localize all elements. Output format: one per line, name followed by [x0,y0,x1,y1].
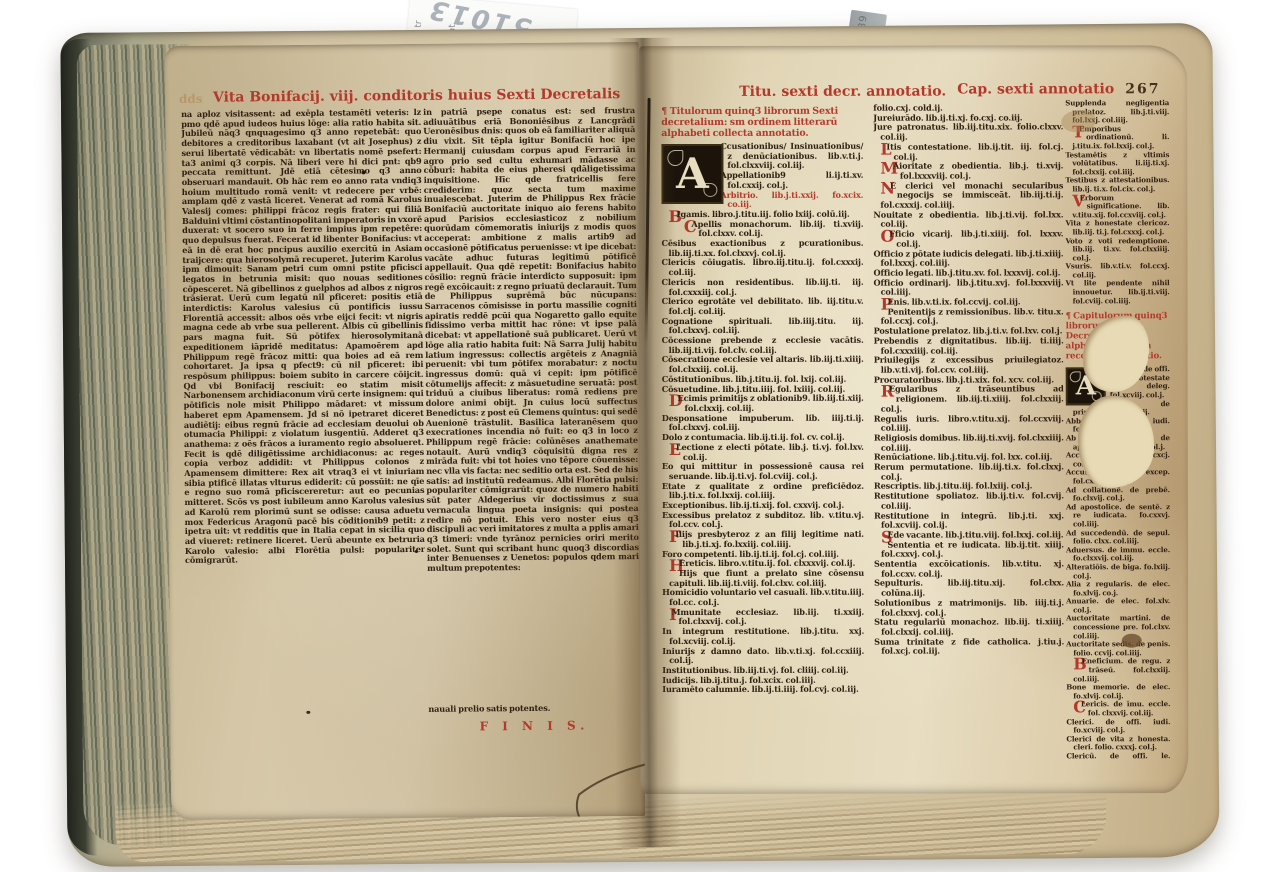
entry-text: Egularibus z trāseuntibus ad religionem.… [881,384,1064,414]
entry-text: Appellationib9 li.ij.ti.xv. fol.cxxij. c… [720,170,863,190]
index-entry: Ad collationē. de prebē. fo.clxvij. col.… [1066,486,1170,503]
entry-text: Aduersus. de immu. eccle. fo.clxxvij. co… [1066,545,1170,563]
index-entry: Jure patronatus. lib.iij.titu.xix. folio… [873,123,1063,143]
entry-text: Aioritate z obedientia. lib.j. ti.xvij. … [893,161,1063,181]
left-column-1: na aploz visitassent: ad exēpla testamēt… [181,108,427,762]
index-entry: Ad succedendū. de sepul. folio. clxx. co… [1066,529,1170,546]
entry-text: Alia z regularis. de elec. fo.xlvij. co.… [1066,579,1170,597]
index-entry: Testibus z attestationibus. lib.ij. ti.x… [1065,177,1169,194]
left-column-2-last-line: nauali prelio satis potentes. [428,703,640,716]
entry-text: Testamētis z vltimis volūtatibus. li.iij… [1065,150,1169,176]
paper-stain [1061,110,1095,132]
entry-text: Arbitrio. lib.j.ti.xxij. fo.xcix. co.iij… [720,189,863,209]
entry-text: Ad succedendū. de sepul. folio. clxx. co… [1066,528,1170,546]
ink-speck [415,550,418,553]
index-entry: Vt lite pendente nihil innouetur. lib.ij… [1066,280,1170,306]
entry-text: In integrum restitutione. lib.j.titu. xx… [662,626,864,646]
entry-text: Fficio vicarij. lib.j.ti.xiiij. fol. lxx… [889,228,1063,248]
entry-text: Auctoritate sedis. de penis. folio. ccvi… [1066,639,1170,657]
index-entry: Sententia et re iudicata. lib.ij.tit. xi… [874,540,1064,560]
entry-text: Penitentijs z remissionibus. lib.v. titu… [881,306,1064,326]
entry-text: Auctoritate martini. de concessione pre.… [1066,614,1170,640]
index-entry: Cōcessione prebende z ecclesie vacātis. … [662,336,864,356]
index-entry: CLericis. de īmu. eccle. fol. clxxvij. c… [1066,701,1170,718]
index-entry: Clericū. de offi. le. fo.lxxxvij. col.ii… [1066,752,1170,759]
index-entry: Aduersus. de immu. eccle. fo.clxxvij. co… [1066,546,1170,563]
entry-text: Clericis non residentibus. lib.iij.ti. i… [662,277,864,297]
index-entry: DEcimis primitijs z oblationib9. lib.iij… [662,394,864,414]
index-entry: Anuarie. de elec. fol.xlv. col.j. [1066,597,1170,614]
index-entry: NE clerici vel monachi secularibus negoc… [873,181,1063,210]
entry-text: Nouitate z obedientia. lib.j.ti.vij. fol… [873,209,1063,229]
index-entry: Clerici. de offi. iudi. fo.xcviij. col.j… [1066,718,1170,735]
index-entry: FIlijs presbyteroz z an filij legitime n… [662,530,864,550]
index-entry-list-b: folio.cxj. cold.ij. Jureiurādo. lib.ij.t… [873,103,1064,656]
entry-text: Cognatione spirituali. lib.iiij.titu. ii… [662,315,864,335]
index-entry: Cōsecratione ecclesie vel altaris. lib.i… [662,355,864,375]
entry-text: Ad apostolice. de sentē. z re iudicata. … [1066,502,1170,528]
index-entry: BEneficium. de regu. z trāseū. fol.clxxi… [1066,658,1170,684]
entry-text: Anuarie. de elec. fol.xlv. col.j. [1066,596,1170,614]
entry-text: Itis contestatione. lib.ij.tit. iij. fol… [886,141,1063,161]
entry-text: Ccusationibus/ Insinuationibus/ z denūci… [720,141,863,171]
index-entry: VErborum significatione. lib. v.titu.xij… [1065,194,1169,220]
index-entry: Clerico egrotāte vel debilitato. lib. ii… [662,297,864,317]
index-entry: Desponsatione impuberum. lib. iiij.ti.ij… [662,413,864,433]
entry-text: Excessibus prelatoz z subditoz. lib. v.t… [662,509,864,529]
entry-text: Institutionibus. lib.iij.ti.vj. fol. cli… [662,665,848,675]
entry-text: Religiosis domibus. lib.iij.ti.xvij. fol… [874,432,1064,452]
entry-text: Lectione z electi pōtate. lib.j. ti.vj. … [676,441,864,461]
tituli-intro-rubric: ¶ Titulorum quinq3 librorum Sexti decret… [661,106,863,139]
index-entry: Alteratiōis. de biga. fo.lxiij. col.j. [1066,563,1170,580]
index-entry: Cognatione spirituali. lib.iiij.titu. ii… [662,316,864,336]
entry-text: Sepulturis. lib.iij.titu.xij. fol.clxx. … [874,578,1064,598]
entry-text: Restitutione spoliatoz. lib.ij.ti.v. fol… [874,490,1064,510]
entry-text: Ecimis primitijs z oblationib9. lib.iij.… [677,393,863,413]
entry-text: Iniurijs z damno dato. lib.v.ti.xj. fol.… [662,645,864,665]
index-entry: Suma trinitate z fide catholica. j.tiu.j… [874,637,1064,657]
index-entry-list-a: Ccusationibus/ Insinuationibus/ z denūci… [661,142,864,695]
index-entry: REgularibus z trāseuntibus ad religionem… [874,385,1064,414]
index-entry: Sepulturis. lib.iij.titu.xij. fol.clxx. … [874,579,1064,599]
entry-text: Eneficium. de regu. z trāseū. fol.clxxii… [1073,657,1170,683]
index-entry: Vita z honestate clericoz. lib.iij. ti.j… [1065,219,1169,236]
index-entry: Iuramēto calumnie. lib.ij.ti.iiij. fol.c… [662,685,864,695]
left-column-2: in patriā psepe conatus est: sed frustra… [423,106,640,734]
entry-text: Mmunitate ecclesiaz. lib.iij. ti.xxiij. … [671,606,864,626]
index-entry: Sententia excōicationis. lib.v.titu. xj.… [874,559,1064,579]
left-page: dds Vita Bonifacij. viij. conditoris hui… [165,42,646,820]
index-entry: Rerum permutatione. lib.iij.ti.x. fol.cl… [874,462,1064,482]
entry-text: Clerico egrotāte vel debilitato. lib. ii… [662,296,864,316]
entry-text: Sententia excōicationis. lib.v.titu. xj.… [874,558,1064,578]
entry-text: Homicidio voluntario vel casuali. lib.v.… [662,587,864,607]
entry-text: Etate z qualitate z ordine preficiēdoz. … [662,480,864,500]
ink-speck [306,711,310,714]
entry-text: Statu regulariū monachoz. lib.iij. ti.xi… [874,617,1064,637]
entry-text: Alteratiōis. de biga. fo.lxiij. col.j. [1066,562,1170,580]
index-entry: OFficio vicarij. lib.j.ti.xiiij. fol. lx… [873,229,1063,249]
manicule-drawing [573,741,646,820]
index-entry: LItis contestatione. lib.ij.tit. iij. fo… [873,142,1063,162]
index-entry: Penitentijs z remissionibus. lib.v. titu… [874,307,1064,327]
index-entry: Clericis cōiugatis. libro.iij.titu.ij. f… [662,258,864,278]
index-entry: Ad apostolice. de sentē. z re iudicata. … [1066,503,1170,529]
entry-text: Bone memorie. de elec. fo.xlvij. col.ij. [1066,682,1170,700]
index-column-b: folio.cxj. cold.ij. Jureiurādo. lib.ij.t… [873,103,1064,731]
index-entry: In integrum restitutione. lib.j.titu. xx… [662,627,864,647]
index-entry: IMmunitate ecclesiaz. lib.iij. ti.xxiij.… [662,607,864,627]
right-running-title-left: Titu. sexti decr. annotatio. [739,84,946,100]
index-entry: Nouitate z obedientia. lib.j.ti.vij. fol… [873,210,1063,230]
entry-text: Solutionibus z matrimonijs. lib. iiij.ti… [874,597,1064,617]
index-entry: Auctoritate sedis. de penis. folio. ccvi… [1066,640,1170,657]
entry-text: Desponsatione impuberum. lib. iiij.ti.ij… [662,412,864,432]
entry-text: E clerici vel monachi secularibus negoci… [880,180,1063,210]
entry-text: Clerici de vita z honesta. cleri. folio.… [1066,734,1170,752]
index-entry: Clericis non residentibus. lib.iij.ti. i… [662,278,864,298]
entry-text: Priuilegijs z excessibus priuilegiatoz. … [874,355,1064,375]
finis-colophon: F I N I S. [428,718,640,734]
index-entry: Priuilegijs z excessibus priuilegiatoz. … [874,356,1064,376]
entry-text: Rescriptis. lib.j.titu.iij. fol.lxiij. c… [874,481,1032,491]
entry-text: Jure patronatus. lib.iij.titu.xix. folio… [873,122,1063,142]
index-entry: Iniurijs z damno dato. lib.v.ti.xj. fol.… [662,646,864,666]
index-entry: Officio ordinarij. lib.j.titu.xvj. fol.l… [874,278,1064,298]
entry-text: Sententia et re iudicata. lib.ij.tit. xi… [881,539,1064,559]
index-entry: Excessibus prelatoz z subditoz. lib. v.t… [662,510,864,530]
index-entry: Statu regulariū monachoz. lib.iij. ti.xi… [874,618,1064,638]
index-entry: Hijs que fiunt a prelato sine cōsensu ca… [662,569,864,589]
entry-text: Officio z pōtate iudicis delegati. lib.j… [873,248,1063,268]
index-entry: Bone memorie. de elec. fo.xlvij. col.ij. [1066,683,1170,700]
index-entry: Cēsibus exactionibus z pcurationibus. li… [661,239,863,259]
entry-text: Clericis cōiugatis. libro.iij.titu.ij. f… [662,257,864,277]
index-entry: Officio z pōtate iudicis delegati. lib.j… [873,249,1063,269]
index-entry: Restitutione spoliatoz. lib.ij.ti.v. fol… [874,491,1064,511]
entry-text: Hijs que fiunt a prelato sine cōsensu ca… [669,568,864,588]
book-photo-scene: ta tr erat 51013 di 11289 dds Vita Bonif… [0,0,1280,872]
index-entry: Testamētis z vltimis volūtatibus. li.iij… [1065,151,1169,177]
entry-text: folio.cxj. cold.ij. [873,103,943,112]
entry-text: Clericū. de offi. le. fo.lxxxvij. col.ii… [1066,751,1170,759]
index-entry: ELectione z electi pōtate. lib.j. ti.vj.… [662,442,864,462]
entry-text: Cōsecratione ecclesie vel altaris. lib.i… [662,354,864,374]
index-entry: Alia z regularis. de elec. fo.xlvij. co.… [1066,580,1170,597]
index-entry: Regulis iuris. libro.v.titu.xij. fol.ccx… [874,414,1064,434]
right-running-title-right: Cap. sexti annotatio [957,81,1114,97]
index-entry: Religiosis domibus. lib.iij.ti.xvij. fol… [874,433,1064,453]
entry-text: Vita z honestate clericoz. lib.iij. ti.j… [1065,218,1169,236]
index-entry: Vsuris. lib.v.ti.v. fol.ccxj. col.iij. [1066,262,1170,279]
entry-text: Iuramēto calumnie. lib.ij.ti.iiij. fol.c… [662,684,858,694]
entry-text: Vsuris. lib.v.ti.v. fol.ccxj. col.iij. [1066,261,1170,279]
index-entry: Eo qui mittitur in possessionē causa rei… [662,462,864,482]
index-entry: CApellis monachorum. lib.iij. ti.xviij. … [661,219,863,239]
index-entry: Homicidio voluntario vel casuali. lib.v.… [662,588,864,608]
index-entry: Prebendis z dignitatibus. lib.iij. ti.ii… [874,336,1064,356]
folio-page-number: 267 [1125,81,1160,97]
index-entry: Solutionibus z matrimonijs. lib. iiij.ti… [874,598,1064,618]
entry-text: Eo qui mittitur in possessionē causa rei… [662,461,864,481]
entry-text: Regulis iuris. libro.v.titu.xij. fol.ccx… [874,413,1064,433]
entry-text: Iudicijs. lib.ij.titu.j. fol.xcix. col.i… [662,674,816,684]
entry-text: Restitutione in integrū. lib.j.ti. xxj. … [874,510,1064,530]
gutter-shadow [608,38,681,848]
index-entry: Etate z qualitate z ordine preficiēdoz. … [662,481,864,501]
entry-text: Cēsibus exactionibus z pcurationibus. li… [661,238,863,258]
index-entry: MAioritate z obedientia. lib.j. ti.xvij.… [873,162,1063,182]
faint-signature-letters: dds [179,92,203,106]
ink-speck [362,170,366,174]
index-entry: Auctoritate martini. de concessione pre.… [1066,615,1170,641]
left-running-title: Vita Bonifacij. viij. conditoris huius S… [213,86,620,106]
entry-text: Testibus z attestationibus. lib.ij. ti.x… [1065,176,1169,194]
index-entry: Voto z voti redemptione. lib.iij. ti.xv.… [1065,237,1169,263]
entry-text: Voto z voti redemptione. lib.iij. ti.xv.… [1065,236,1169,262]
entry-text: Erborum significatione. lib. v.titu.xij.… [1072,193,1169,219]
left-column-2-text: in patriā psepe conatus est: sed frustra… [423,106,640,704]
entry-text: Enis. lib.v.ti.ix. fol.ccvij. col.iij. [887,296,1020,306]
open-book: dds Vita Bonifacij. viij. conditoris hui… [60,23,1219,867]
entry-text: Clerici. de offi. iudi. fo.xcviij. col.j… [1066,717,1170,735]
entry-text: Lericis. de īmu. eccle. fol. clxxvij. co… [1081,700,1170,718]
entry-text: Rerum permutatione. lib.iij.ti.x. fol.cl… [874,461,1064,481]
entry-text: Officio ordinarij. lib.j.titu.xvj. fol.l… [874,277,1064,297]
index-entry: Clerici de vita z honesta. cleri. folio.… [1066,735,1170,752]
entry-text: Jureiurādo. lib.ij.ti.xj. fo.cxj. co.iij… [873,112,1022,122]
index-entry: Restitutione in integrū. lib.j.ti. xxj. … [874,511,1064,531]
entry-text: Ilijs presbyteroz z an filij legitime na… [675,529,864,549]
entry-text: Vt lite pendente nihil innouetur. lib.ij… [1066,279,1170,305]
entry-text: Ad collationē. de prebē. fo.clxvij. col.… [1066,485,1170,503]
entry-text: Cōcessione prebende z ecclesie vacātis. … [662,335,864,355]
entry-text: Apellis monachorum. lib.iij. ti.xviij. f… [691,218,863,238]
entry-text: Suma trinitate z fide catholica. j.tiu.j… [874,636,1064,656]
index-column-a: ¶ Titulorum quinq3 librorum Sexti decret… [661,106,864,742]
entry-text: Prebendis z dignitatibus. lib.iij. ti.ii… [874,335,1064,355]
